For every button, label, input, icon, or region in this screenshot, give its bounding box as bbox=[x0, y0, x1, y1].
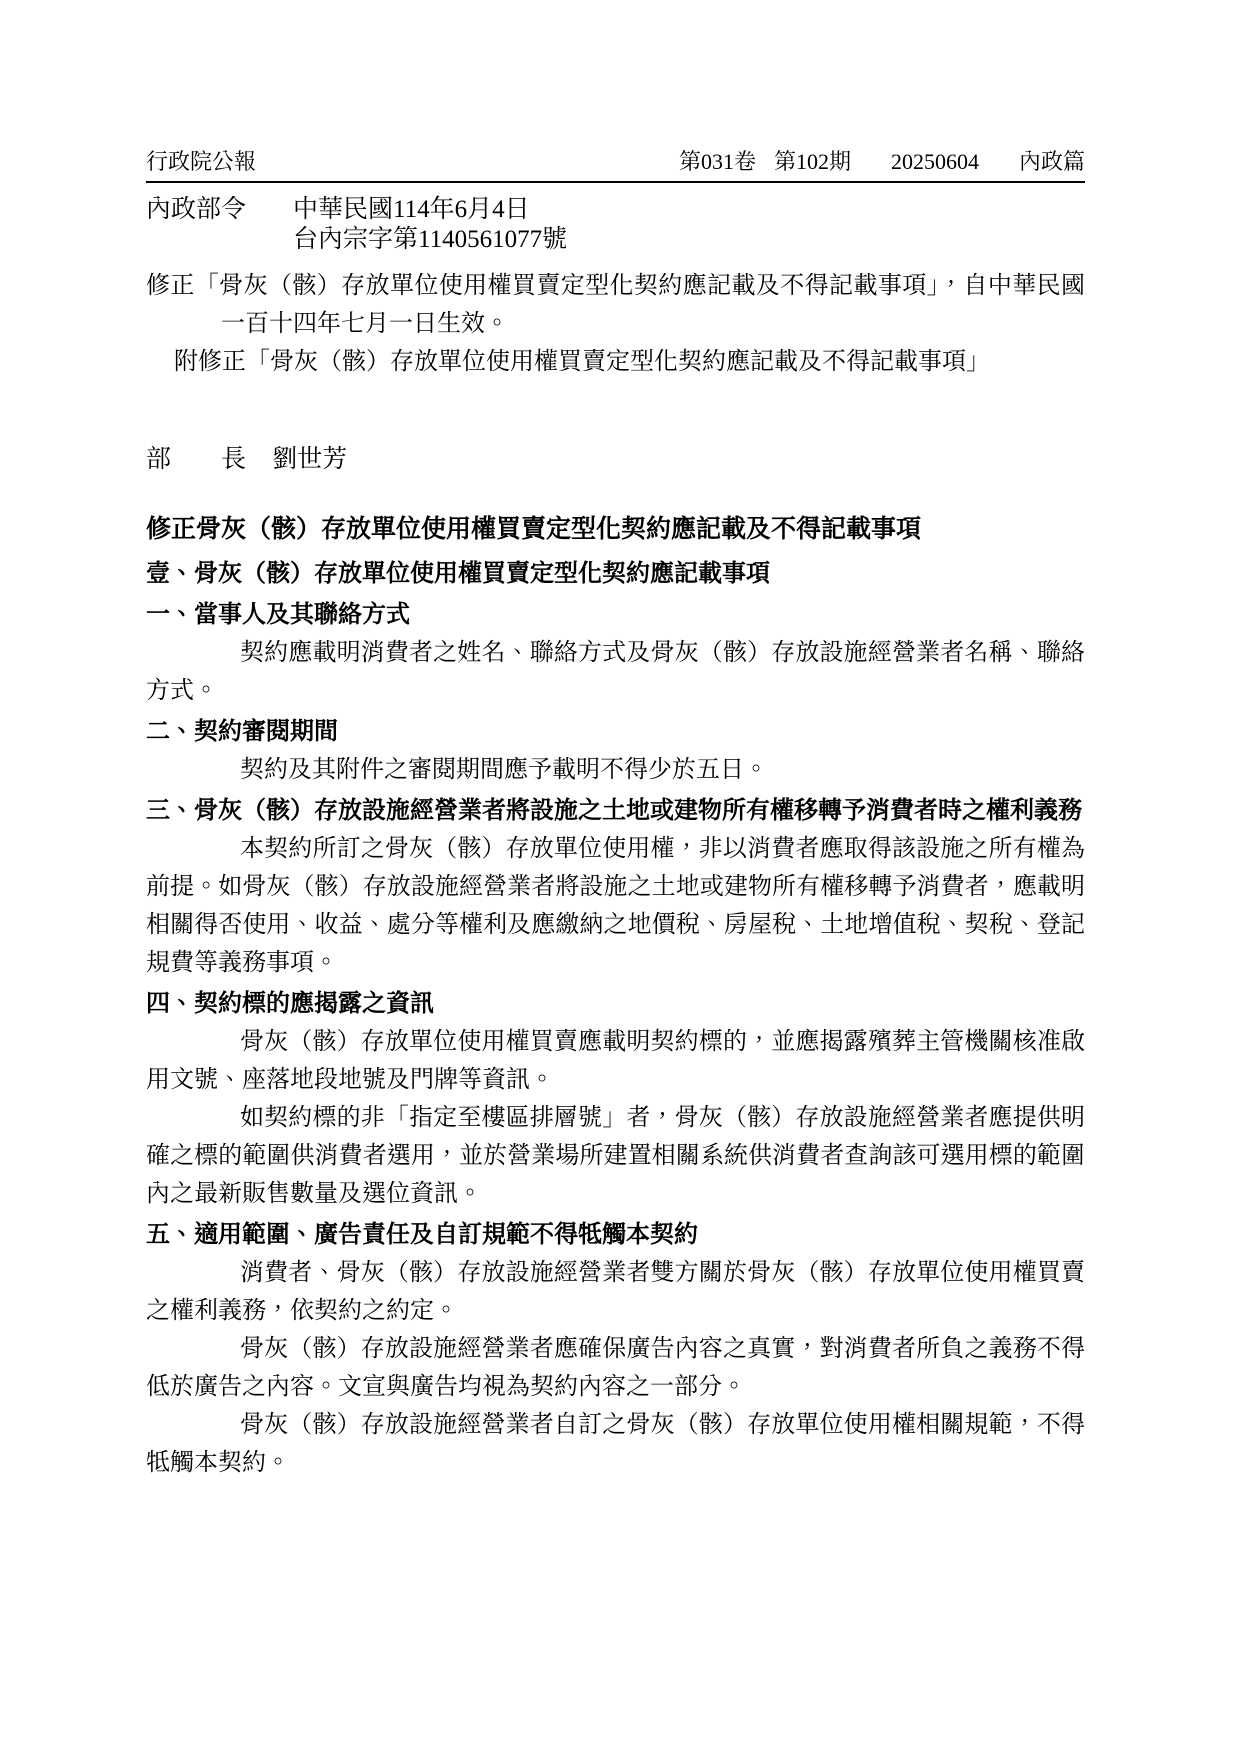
ministry-order-label: 內政部令 bbox=[146, 195, 293, 255]
minister-name: 劉世芳 bbox=[272, 446, 347, 473]
minister-title: 部 長 bbox=[146, 446, 246, 473]
document-section: 一、當事人及其聯絡方式 契約應載明消費者之姓名、聯絡方式及骨灰（骸）存放設施經營… bbox=[146, 596, 1085, 710]
gazette-header-meta: 第031卷 第102期 20250604 內政篇 bbox=[679, 150, 1085, 174]
minister-signature: 部 長 劉世芳 bbox=[146, 445, 1085, 475]
order-date: 中華民國114年6月4日 bbox=[293, 195, 567, 225]
section-heading: 四、契約標的應揭露之資訊 bbox=[146, 985, 1085, 1023]
order-lines: 中華民國114年6月4日 台內宗字第1140561077號 bbox=[293, 195, 567, 255]
section-heading: 一、當事人及其聯絡方式 bbox=[146, 596, 1085, 634]
part-one-heading: 壹、骨灰（骸）存放單位使用權買賣定型化契約應記載事項 bbox=[146, 555, 1085, 593]
attachment-line: 附修正「骨灰（骸）存放單位使用權買賣定型化契約應記載及不得記載事項」 bbox=[174, 343, 1085, 381]
page-content: 行政院公報 第031卷 第102期 20250604 內政篇 內政部令 中華民國… bbox=[146, 150, 1085, 1482]
section-heading: 五、適用範圍、廣告責任及自訂規範不得牴觸本契約 bbox=[146, 1216, 1085, 1254]
document-section: 三、骨灰（骸）存放設施經營業者將設施之土地或建物所有權移轉予消費者時之權利義務 … bbox=[146, 792, 1085, 982]
document-section: 四、契約標的應揭露之資訊 骨灰（骸）存放單位使用權買賣應載明契約標的，並應揭露殯… bbox=[146, 985, 1085, 1213]
body-paragraph: 消費者、骨灰（骸）存放設施經營業者雙方關於骨灰（骸）存放單位使用權買賣之權利義務… bbox=[146, 1254, 1085, 1330]
amendment-announcement: 修正「骨灰（骸）存放單位使用權買賣定型化契約應記載及不得記載事項」，自中華民國一… bbox=[146, 267, 1085, 343]
body-paragraph: 契約及其附件之審閱期間應予載明不得少於五日。 bbox=[146, 751, 1085, 789]
ministry-order-row: 內政部令 中華民國114年6月4日 台內宗字第1140561077號 bbox=[146, 195, 1085, 255]
edition-label: 內政篇 bbox=[1019, 150, 1085, 174]
body-paragraph: 骨灰（骸）存放單位使用權買賣應載明契約標的，並應揭露殯葬主管機關核准啟用文號、座… bbox=[146, 1023, 1085, 1099]
order-ref-number: 台內宗字第1140561077號 bbox=[293, 225, 567, 255]
date-label: 20250604 bbox=[891, 150, 979, 174]
issue-label: 第102期 bbox=[774, 150, 851, 174]
gazette-header: 行政院公報 第031卷 第102期 20250604 內政篇 bbox=[146, 150, 1085, 183]
body-paragraph: 本契約所訂之骨灰（骸）存放單位使用權，非以消費者應取得該設施之所有權為前提。如骨… bbox=[146, 830, 1085, 982]
volume-label: 第031卷 bbox=[679, 150, 756, 174]
gazette-page: 行政院公報 第031卷 第102期 20250604 內政篇 內政部令 中華民國… bbox=[0, 0, 1240, 1755]
body-paragraph: 骨灰（骸）存放設施經營業者自訂之骨灰（骸）存放單位使用權相關規範，不得牴觸本契約… bbox=[146, 1406, 1085, 1482]
document-section: 五、適用範圍、廣告責任及自訂規範不得牴觸本契約 消費者、骨灰（骸）存放設施經營業… bbox=[146, 1216, 1085, 1482]
sections: 一、當事人及其聯絡方式 契約應載明消費者之姓名、聯絡方式及骨灰（骸）存放設施經營… bbox=[146, 596, 1085, 1482]
section-heading: 二、契約審閱期間 bbox=[146, 713, 1085, 751]
body-paragraph: 骨灰（骸）存放設施經營業者應確保廣告內容之真實，對消費者所負之義務不得低於廣告之… bbox=[146, 1330, 1085, 1406]
document-title: 修正骨灰（骸）存放單位使用權買賣定型化契約應記載及不得記載事項 bbox=[146, 511, 1085, 549]
section-heading: 三、骨灰（骸）存放設施經營業者將設施之土地或建物所有權移轉予消費者時之權利義務 bbox=[146, 792, 1085, 830]
body-paragraph: 契約應載明消費者之姓名、聯絡方式及骨灰（骸）存放設施經營業者名稱、聯絡方式。 bbox=[146, 634, 1085, 710]
gazette-title: 行政院公報 bbox=[146, 150, 256, 174]
document-section: 二、契約審閱期間 契約及其附件之審閱期間應予載明不得少於五日。 bbox=[146, 713, 1085, 789]
body-paragraph: 如契約標的非「指定至樓區排層號」者，骨灰（骸）存放設施經營業者應提供明確之標的範… bbox=[146, 1099, 1085, 1213]
